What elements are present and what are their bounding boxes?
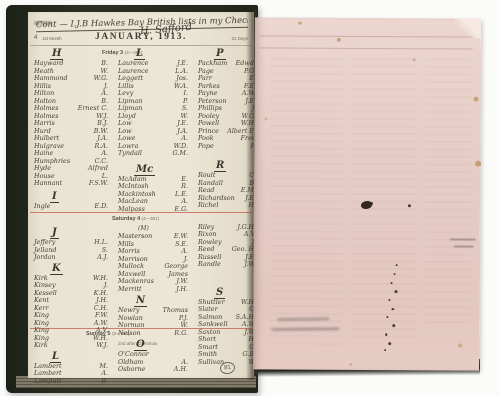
foxing-spot (264, 117, 267, 120)
surname: Hannant (34, 180, 62, 188)
ink-speck (388, 342, 391, 345)
ink-speck (394, 273, 396, 275)
column-gap (118, 337, 192, 339)
ghost-text-column (269, 57, 343, 347)
name-entry: JordanA.J. (34, 254, 112, 262)
column-gap (118, 213, 192, 225)
initials: A.J. (97, 254, 112, 262)
initials: G.M. (173, 150, 192, 158)
foxing-spot (337, 38, 341, 42)
ghost-rule (259, 47, 473, 49)
name-entry: LamputtB. (34, 378, 112, 386)
surname: Kirk (34, 342, 48, 350)
initials (188, 351, 192, 359)
surname: Merritt (118, 286, 142, 294)
header-rule (30, 45, 252, 46)
foxing-spot (475, 161, 481, 167)
initials: W.H. (93, 275, 112, 283)
left-page: Cont — I.J.B Hawkes Bay British lists in… (28, 12, 254, 378)
name-entry: MalpassE.G. (118, 206, 192, 214)
ink-speck (394, 290, 397, 293)
column-gap (118, 158, 192, 164)
foxing-spot (349, 363, 352, 366)
letter-header: J (50, 228, 112, 238)
foxing-spot (298, 22, 302, 25)
letter-header: N (134, 296, 192, 306)
initials: E.D. (94, 203, 112, 211)
initials: R.G. (174, 330, 192, 338)
letter-header: H (50, 49, 112, 59)
letter-header: L (134, 49, 192, 59)
name-entry: MerrittJ.H. (118, 286, 192, 294)
surname: Lamputt (34, 378, 61, 386)
column-gap (34, 188, 112, 191)
surname: Nelson (118, 330, 141, 338)
initials: J.H. (176, 286, 192, 294)
surname: Osborne (118, 366, 145, 374)
letter-header: O (134, 340, 192, 350)
column-gap (34, 210, 112, 227)
letter-header: Mc (134, 165, 192, 175)
foxing-spot (413, 58, 416, 61)
surname: Randle (198, 261, 221, 269)
ink-speck (396, 264, 398, 266)
ink-speck (384, 349, 386, 351)
initials: F.S.W. (89, 180, 112, 188)
page-number-stamp: 81 (219, 361, 236, 375)
surname: Malpass (118, 206, 145, 214)
faint-inscription (277, 317, 329, 321)
ink-speck (391, 308, 394, 310)
name-column-2: LLaurenceJ.E.LaurenceL.A.LeggettJos.Lill… (118, 48, 192, 374)
column-gap (34, 350, 112, 351)
name-entry: OsborneA.H. (118, 366, 192, 374)
ink-speck (391, 282, 393, 284)
initials: B. (101, 378, 112, 386)
surname: Tyndall (118, 150, 142, 158)
initials: Alfred (88, 165, 112, 173)
pencil-note (450, 238, 476, 240)
column-gap (118, 293, 192, 295)
ghost-rule (259, 35, 473, 37)
ink-speck (385, 333, 387, 336)
name-entry: HannantF.S.W. (34, 180, 112, 188)
ink-speck (386, 316, 388, 318)
initials: E.G. (174, 206, 192, 214)
book-photo: Cont — I.J.B Hawkes Bay British lists in… (0, 0, 500, 396)
initials: W.G. (94, 75, 112, 83)
name-entry: KirkW.J. (34, 342, 112, 350)
letter-header: K (50, 264, 112, 274)
surname: Ingle (34, 203, 51, 211)
surname: Pope (198, 143, 214, 151)
letter-header: I (50, 192, 112, 202)
ghost-text-column (425, 58, 470, 328)
ink-speck (388, 299, 390, 301)
ghost-text-column (351, 58, 418, 338)
foxing-spot (458, 343, 462, 347)
letter-header: L (50, 352, 112, 362)
ink-speck (408, 204, 411, 207)
foxing-spot (473, 97, 478, 102)
name-entry: NelsonR.G. (118, 330, 192, 338)
surname: Richel (198, 202, 218, 210)
pencil-note (454, 245, 474, 247)
name-entry: TyndallG.M. (118, 150, 192, 158)
surname: Jordan (34, 254, 55, 262)
initials: A.H. (174, 366, 192, 374)
name-column-1: HHaywardB.HeathW.HammondW.G.HillisJ.Hilt… (34, 48, 112, 385)
right-page-blank-blotting-leaf (253, 17, 481, 370)
ink-speck (392, 324, 395, 327)
column-gap (34, 262, 112, 263)
initials: W.J. (96, 342, 112, 350)
name-entry: IngleE.D. (34, 203, 112, 211)
